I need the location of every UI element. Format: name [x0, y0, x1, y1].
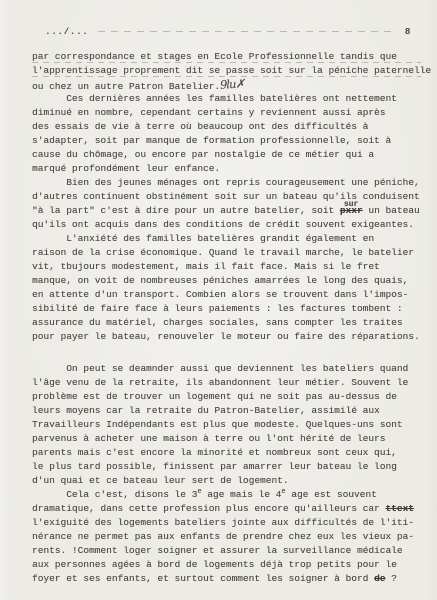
text-segment: assurance du matériel, charges sociales,… — [32, 317, 403, 328]
text-line: ou chez un autre Patron Batelier.9lu✗ — [32, 78, 429, 92]
text-line: assurance du matériel, charges sociales,… — [32, 316, 429, 330]
text-line: l'âge venu de la retraite, ils abandonne… — [32, 376, 429, 390]
text-line: par correspondance et stages en Ecole Pr… — [32, 50, 429, 64]
text-segment: Travailleurs Indépendants est plus que m… — [32, 419, 403, 430]
typed-strikeout: de — [374, 573, 385, 584]
text-line: rents. !Comment loger soigner et assurer… — [32, 544, 429, 558]
text-segment: diminué en nombre, cependant certains y … — [32, 107, 385, 118]
text-segment: en attente d'un transport. Combien alors… — [32, 289, 408, 300]
text-segment: L'anxiété des familles batelières grandi… — [32, 233, 374, 244]
paragraph: L'anxiété des familles batelières grandi… — [32, 232, 429, 344]
text-segment: sibilité de faire face à leurs paiements… — [32, 303, 403, 314]
typed-strikeout: ttext — [385, 503, 414, 514]
text-segment: des essais de vie à terre où beaucoup on… — [32, 121, 368, 132]
text-segment: parvenus à acheter une maison à terre ou… — [32, 433, 385, 444]
text-segment: pour payer le bateau, renouveler le mote… — [32, 331, 420, 342]
text-line: L'anxiété des familles batelières grandi… — [32, 232, 429, 246]
text-segment: rents. !Comment loger soigner et assurer… — [32, 545, 403, 556]
text-line: On peut se deamnder aussi que deviennent… — [32, 362, 429, 376]
text-line: d'autres continuent obstinément soit sur… — [32, 190, 429, 204]
text-segment: Bien des jeunes ménages ont repris coura… — [32, 177, 420, 188]
paragraph: Bien des jeunes ménages ont repris coura… — [32, 176, 429, 232]
text-line: marqué profondément leur enfance. — [32, 162, 429, 176]
text-line: qu'ils ont acquis dans des conditions de… — [32, 218, 429, 232]
text-segment: manque, on voit de nombreuses péniches a… — [32, 275, 408, 286]
text-line: problème est de trouver un logement qui … — [32, 390, 429, 404]
text-segment: ? — [385, 573, 396, 584]
text-line: diminué en nombre, cependant certains y … — [32, 106, 429, 120]
paragraph: par correspondance et stages en Ecole Pr… — [32, 50, 429, 92]
text-segment: un bateau — [363, 205, 420, 216]
text-line: d'un quai et ce bateau leur sert de loge… — [32, 474, 429, 488]
text-segment: nérance ne permet pas aux enfants de pre… — [32, 531, 414, 542]
text-segment: Cela c'est, disons le 3 — [32, 489, 197, 500]
text-line: foyer et ses enfants, et surtout comment… — [32, 572, 429, 586]
text-segment: le plus tard possible, finissent par ama… — [32, 461, 397, 472]
text-line: vit, tbujours modestement, mais il fait … — [32, 260, 429, 274]
text-segment: leurs moyens car la retraite du Patron-B… — [32, 405, 380, 416]
text-line: Bien des jeunes ménages ont repris coura… — [32, 176, 429, 190]
typed-insertion-above: sur — [344, 198, 358, 212]
text-line: raison de la crise économique. Quand le … — [32, 246, 429, 260]
text-line: nérance ne permet pas aux enfants de pre… — [32, 530, 429, 544]
continuation-mark: .../... — [45, 26, 88, 37]
text-line: Cela c'est, disons le 3e age mais le 4e … — [32, 488, 429, 502]
text-segment: foyer et ses enfants, et surtout comment… — [32, 573, 374, 584]
text-line: des essais de vie à terre où beaucoup on… — [32, 120, 429, 134]
typed-correction: pxxrsur — [340, 205, 363, 216]
page-number: 8 — [405, 26, 411, 37]
paragraph: Ces dernières années les familles bateli… — [32, 92, 429, 176]
text-line: sibilité de faire face à leurs paiements… — [32, 302, 429, 316]
paragraph: On peut se deamnder aussi que deviennent… — [32, 362, 429, 488]
text-segment: dramatique, dans cette profession plus e… — [32, 503, 385, 514]
text-line: l'exiguité des logements bateliers joint… — [32, 516, 429, 530]
text-body: par correspondance et stages en Ecole Pr… — [32, 50, 429, 586]
text-segment: par correspondance et stages en Ecole Pr… — [32, 51, 397, 62]
text-segment: problème est de trouver un logement qui … — [32, 391, 397, 402]
text-segment: age est souvent — [286, 489, 377, 500]
pencil-dashed-rule — [98, 31, 394, 32]
text-line: le plus tard possible, finissent par ama… — [32, 460, 429, 474]
text-line: s'adapter, soit par manque de formation … — [32, 134, 429, 148]
text-segment: d'un quai et ce bateau leur sert de loge… — [32, 475, 289, 486]
text-segment: ou chez un autre Patron Batelier. — [32, 81, 220, 92]
text-line: leurs moyens car la retraite du Patron-B… — [32, 404, 429, 418]
text-segment: l'apprentissage proprement dit se passe … — [32, 65, 431, 76]
text-segment: l'âge venu de la retraite, ils abandonne… — [32, 377, 408, 388]
text-line: en attente d'un transport. Combien alors… — [32, 288, 429, 302]
paragraph: Cela c'est, disons le 3e age mais le 4e … — [32, 488, 429, 586]
text-line: pour payer le bateau, renouveler le mote… — [32, 330, 429, 344]
handwritten-mark: 9lu✗ — [220, 76, 245, 92]
text-segment: parents mais c'est encore la minorité et… — [32, 447, 397, 458]
text-segment: d'autres continuent obstinément soit sur… — [32, 191, 420, 202]
text-line: Travailleurs Indépendants est plus que m… — [32, 418, 429, 432]
text-segment: marqué profondément leur enfance. — [32, 163, 220, 174]
text-segment: vit, tbujours modestement, mais il fait … — [32, 261, 380, 272]
text-line: cause du chômage, ou encore par nostalgi… — [32, 148, 429, 162]
text-segment: raison de la crise économique. Quand le … — [32, 247, 414, 258]
text-segment: aux personnes agées à bord de logements … — [32, 559, 397, 570]
text-line: parvenus à acheter une maison à terre ou… — [32, 432, 429, 446]
text-segment: "à la part" c'est à dire pour un autre b… — [32, 205, 340, 216]
text-line: parents mais c'est encore la minorité et… — [32, 446, 429, 460]
text-segment: On peut se deamnder aussi que deviennent… — [32, 363, 408, 374]
text-segment: cause du chômage, ou encore par nostalgi… — [32, 149, 374, 160]
text-line: dramatique, dans cette profession plus e… — [32, 502, 429, 516]
text-segment: qu'ils ont acquis dans des conditions de… — [32, 219, 414, 230]
text-line: manque, on voit de nombreuses péniches a… — [32, 274, 429, 288]
page-header: .../... 8 — [45, 24, 411, 38]
text-line: "à la part" c'est à dire pour un autre b… — [32, 204, 429, 218]
text-line: aux personnes agées à bord de logements … — [32, 558, 429, 572]
text-segment: l'exiguité des logements bateliers joint… — [32, 517, 414, 528]
text-segment: Ces dernières années les familles bateli… — [32, 93, 397, 104]
text-line: l'apprentissage proprement dit se passe … — [32, 64, 429, 78]
scanned-document-page: .../... 8 par correspondance et stages e… — [0, 0, 437, 600]
text-segment: age mais le 4 — [202, 489, 282, 500]
text-line: Ces dernières années les familles bateli… — [32, 92, 429, 106]
text-segment: s'adapter, soit par manque de formation … — [32, 135, 391, 146]
